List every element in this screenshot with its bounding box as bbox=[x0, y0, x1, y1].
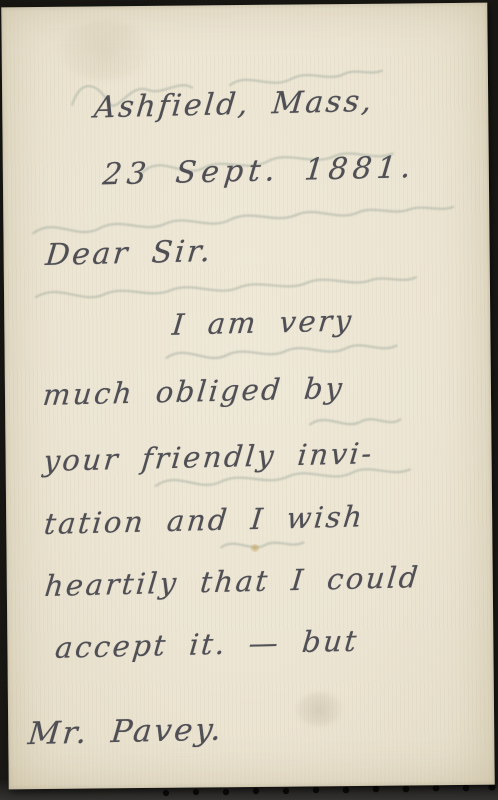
sprocket-dot bbox=[403, 786, 410, 793]
sprocket-dot bbox=[163, 790, 169, 796]
letter-place-line: Ashfield, Mass, bbox=[92, 84, 375, 126]
sprocket-dot bbox=[343, 787, 350, 794]
letter-salutation-line: Dear Sir. bbox=[44, 234, 215, 273]
bleedthrough-stroke bbox=[36, 277, 416, 297]
bleedthrough-stroke bbox=[310, 419, 400, 425]
letter-body-line: I am very bbox=[171, 303, 356, 341]
letter-body-line: accept it. — but bbox=[54, 624, 361, 665]
sprocket-dot bbox=[223, 789, 229, 795]
sprocket-dot bbox=[313, 787, 319, 793]
letter-date-line: 23 Sept. 1881. bbox=[101, 150, 417, 192]
letter-last-line: Mr. Pavey. bbox=[26, 712, 225, 753]
letter-body-line: much obliged by bbox=[41, 371, 346, 412]
sprocket-dot bbox=[193, 789, 199, 795]
sprocket-dot bbox=[253, 788, 259, 794]
sprocket-dot bbox=[373, 786, 380, 793]
bleedthrough-stroke bbox=[221, 542, 303, 547]
sprocket-dot bbox=[463, 785, 470, 792]
sprocket-dot bbox=[283, 788, 289, 794]
bleedthrough-stroke bbox=[33, 207, 453, 233]
bleedthrough-stroke bbox=[167, 345, 397, 358]
sprocket-dot bbox=[433, 785, 440, 792]
bleedthrough-stroke bbox=[230, 71, 382, 85]
photo-background: Ashfield, Mass, 23 Sept. 1881. Dear Sir.… bbox=[0, 0, 498, 800]
letter-page: Ashfield, Mass, 23 Sept. 1881. Dear Sir.… bbox=[1, 3, 494, 790]
